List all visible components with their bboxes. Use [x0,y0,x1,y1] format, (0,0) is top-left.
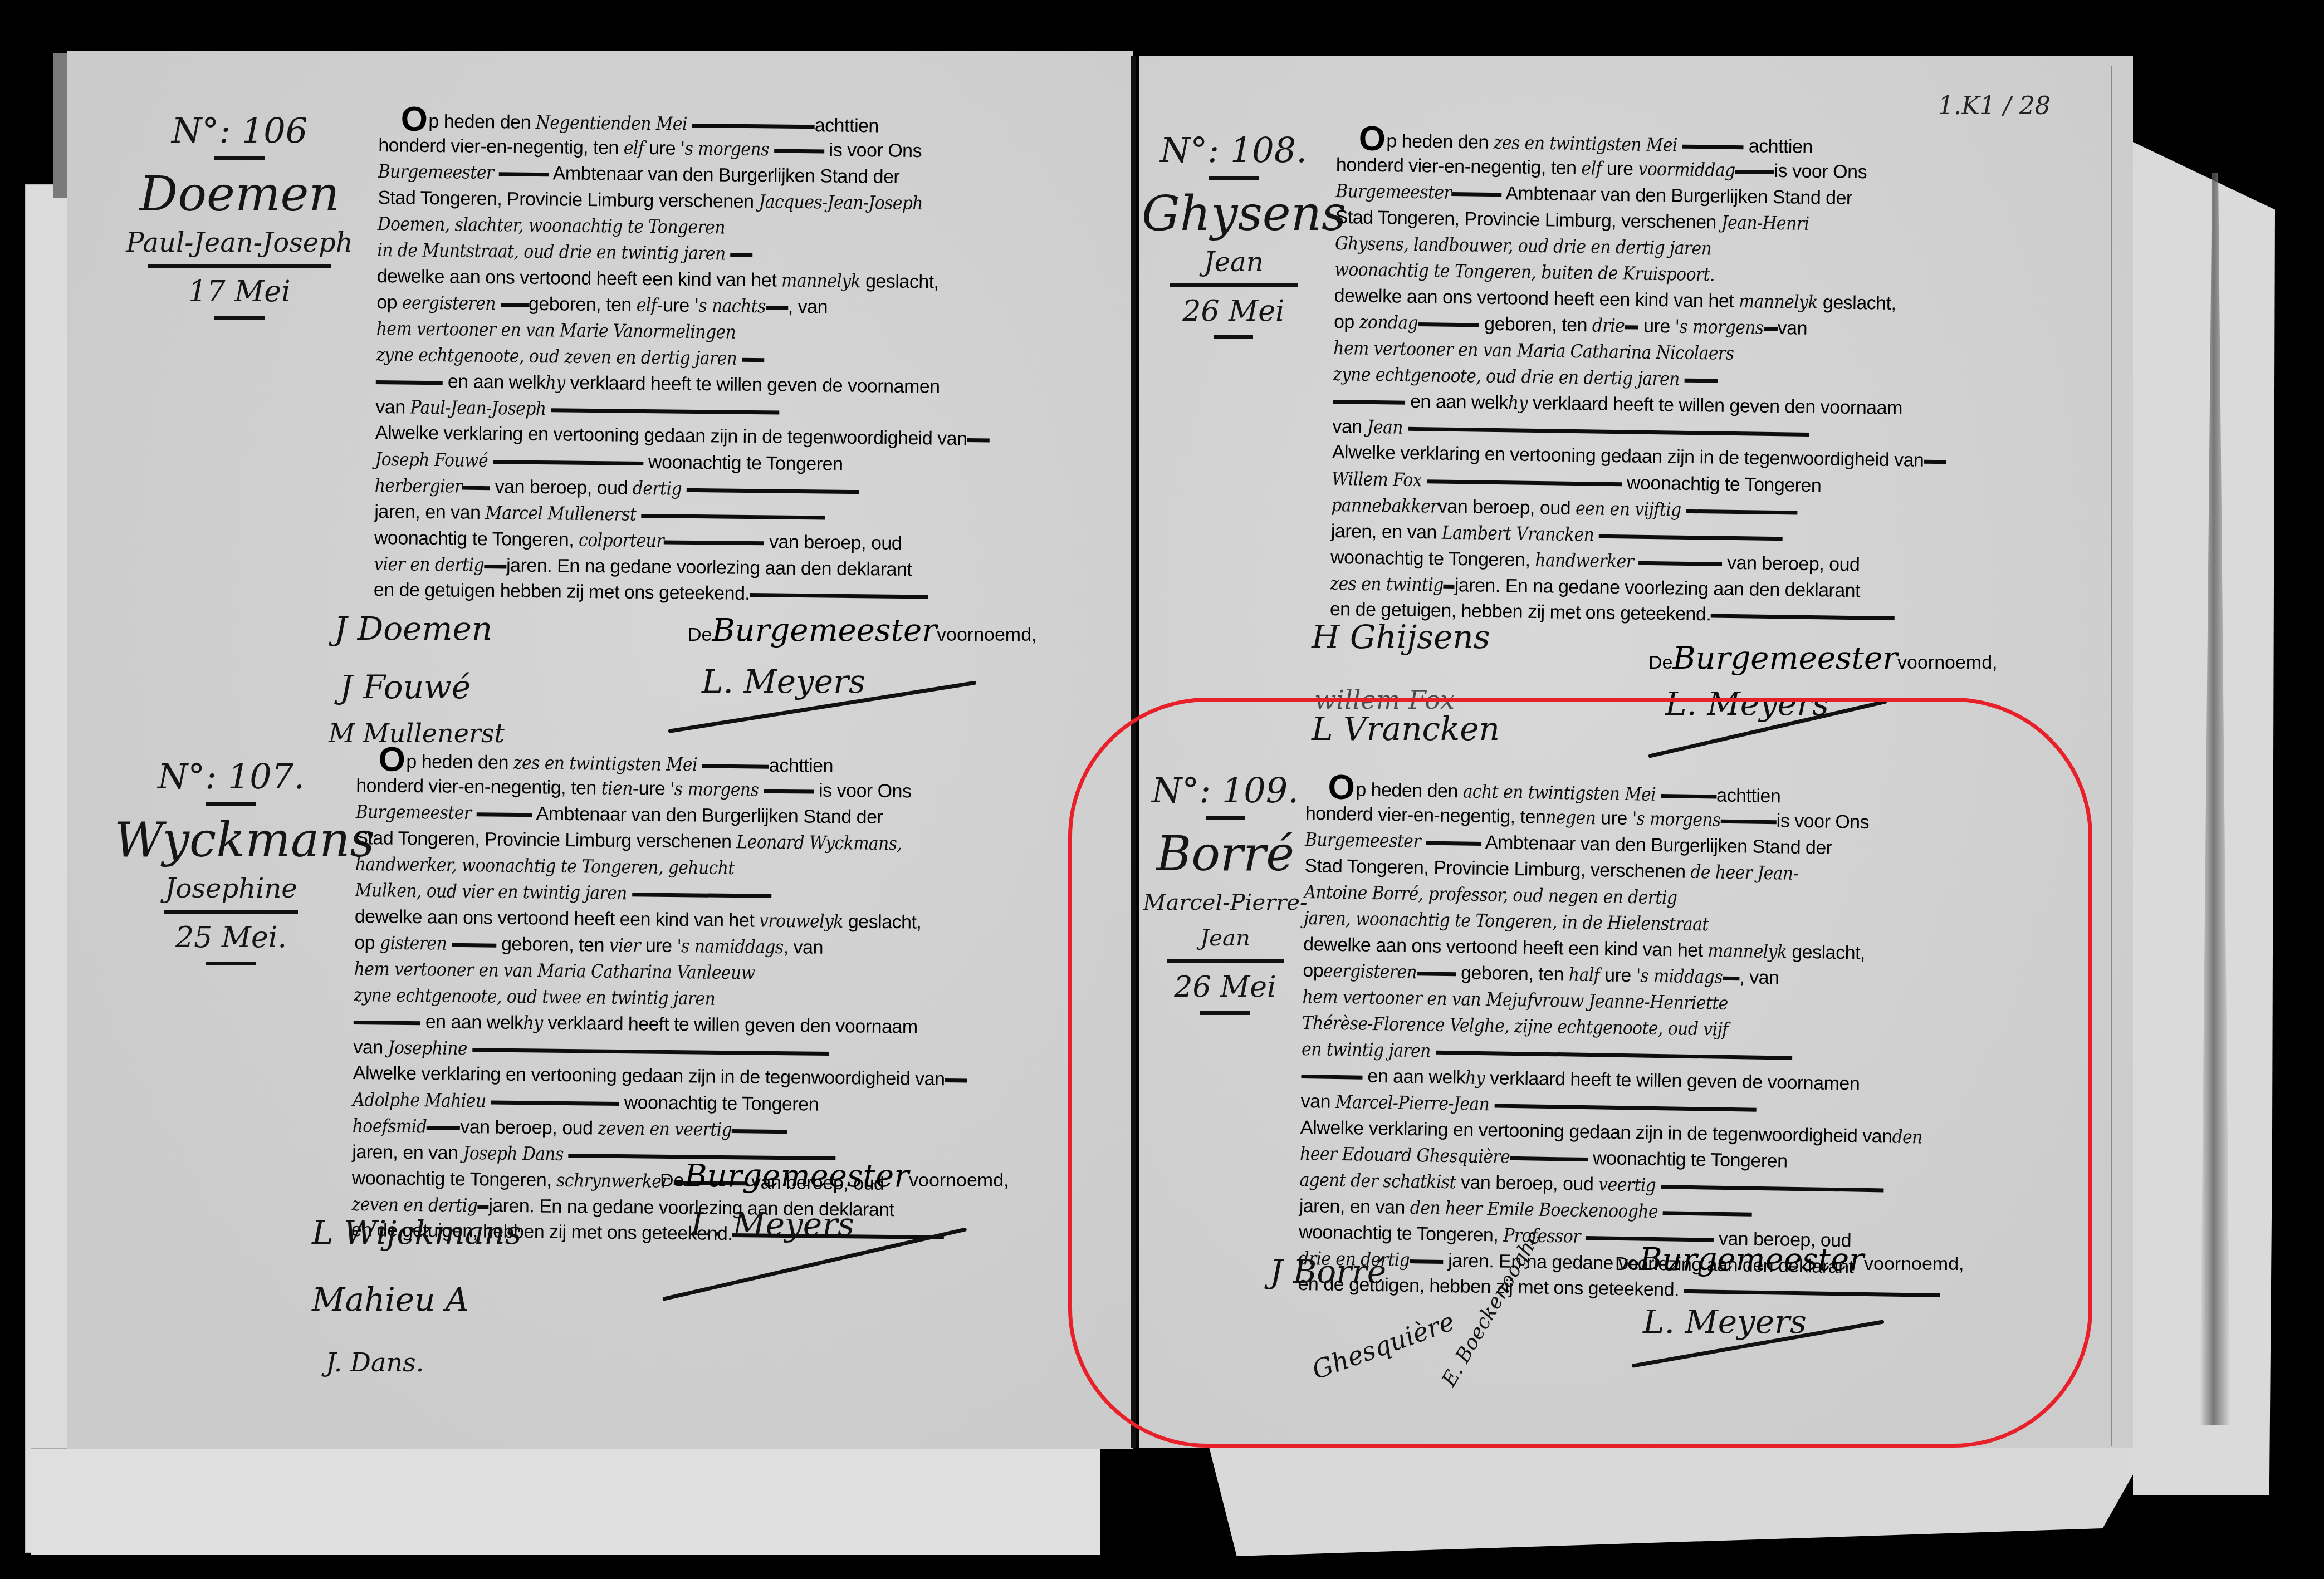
margin-surname: Ghysens [1142,183,1325,244]
mayor-signature: L. Meyers [1643,1303,1807,1341]
folio-number: 1.K1 / 28 [1938,92,2051,120]
mayor-signature: L. Meyers [702,663,865,700]
margin-rule [206,962,256,965]
margin-rule [206,802,256,806]
record-number: N°: 108. [1142,128,1325,173]
margin-date: 26 Mei [1131,967,1320,1008]
signature-witness-1: Mahieu A [312,1281,469,1318]
margin-date: 25 Mei. [114,917,348,958]
record-109-body: Op heden den acht en twintigsten Mei ach… [1298,774,1946,1307]
margin-given-names: Paul-Jean-Joseph [123,225,356,261]
signature-declarant: L Wijckmans [312,1214,521,1252]
margin-rule [164,910,298,914]
margin-surname: Borré [1131,823,1320,885]
record-107-margin: N°: 107. Wyckmans Josephine 25 Mei. [114,754,348,969]
signature-witness-1: J Fouwé [340,668,471,706]
mayor-signature: L. Meyers [1665,685,1829,723]
book-gutter [1131,56,1136,1448]
signature-declarant: H Ghijsens [1312,618,1490,656]
signature-declarant: J Doemen [334,610,492,648]
record-108-margin: N°: 108. Ghysens Jean 26 Mei [1142,128,1325,342]
margin-given-names: Jean [1142,244,1325,280]
margin-rule [1214,335,1253,339]
margin-date: 26 Mei [1142,291,1325,332]
margin-rule [1209,176,1259,180]
record-106-body: Op heden den Negentienden Mei achttien h… [374,106,1019,610]
record-number: N°: 107. [114,754,348,799]
record-number: N°: 106 [123,109,356,153]
margin-rule [1200,1011,1250,1015]
margin-surname: Doemen [123,164,356,225]
signature-witness-2: J. Dans. [326,1347,424,1377]
mayor-title-line: DeBurgemeestervoornoemd, [1648,640,1998,676]
record-106-margin: N°: 106 Doemen Paul-Jean-Joseph 17 Mei [123,109,356,323]
underlying-sheet-left-bottom [31,1448,1100,1555]
margin-rule [214,156,265,160]
right-page-border-line [2111,66,2112,1446]
margin-rule [214,316,265,320]
record-number: N°: 109. [1131,768,1320,813]
underlying-sheet-right-bottom [1209,1445,2150,1556]
mayor-title-line: DeBurgemeestervoornoemd, [660,1158,1009,1194]
record-108-body: Op heden den zes en twintigsten Mei acht… [1330,125,1977,631]
mayor-title-line: DeBurgemeestervoornoemd, [688,612,1037,649]
signature-witness-2: L Vrancken [1312,710,1500,748]
margin-date: 17 Mei [123,271,356,312]
margin-rule [1167,959,1284,963]
mayor-title-line: DeBurgemeestervoornoemd, [1615,1242,1964,1278]
mayor-signature: L. Meyers [691,1205,854,1243]
margin-surname: Wyckmans [114,810,348,871]
margin-given-names: Marcel-Pierre-Jean [1131,885,1320,956]
margin-given-names: Josephine [114,871,348,906]
signature-declarant: J Borré [1270,1253,1386,1291]
margin-rule [1206,816,1245,820]
margin-rule [148,264,331,268]
margin-rule [1170,283,1298,287]
signature-witness-2: M Mullenerst [329,718,505,748]
record-109-margin: N°: 109. Borré Marcel-Pierre-Jean 26 Mei [1131,768,1320,1018]
